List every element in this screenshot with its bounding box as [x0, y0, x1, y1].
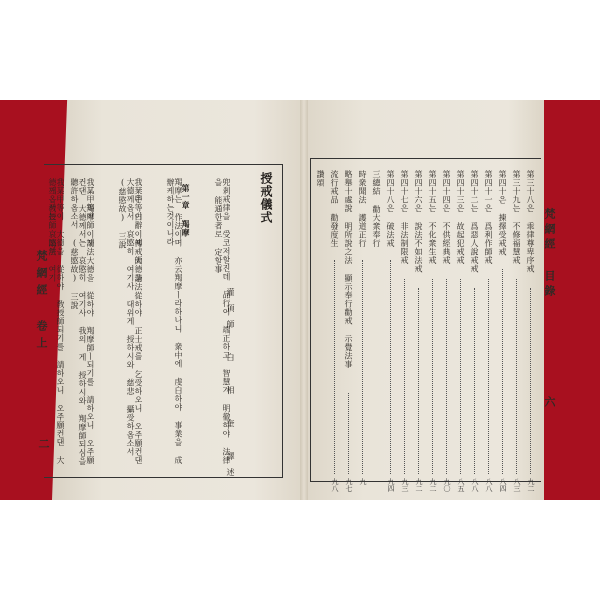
toc-page-number: 九三	[400, 478, 410, 492]
text-column: 我某甲等이 이제 大德을 從하야 正士戒를 乞受하오니 오주願컨댄 大德께옵서 …	[118, 178, 142, 468]
toc-entry-label: 第四十二는 爲惡人說戒戒	[470, 170, 478, 273]
toc-leader-dots	[488, 279, 489, 475]
toc-page-number: 八八	[470, 478, 480, 492]
toc-page-number: 九二	[526, 478, 536, 492]
book-gutter	[300, 100, 308, 500]
right-margin-title: 梵網經 目錄	[544, 208, 555, 300]
text-column: 兜剎戒律을 受코저할진데 品行이 端正하고 智慧가 明徹하야 法律을 能通한者로…	[214, 178, 230, 468]
toc-leader-dots	[446, 279, 447, 475]
toc-leader-dots	[516, 279, 517, 475]
toc-entry-label: 第四十三은 故起犯戒戒	[456, 170, 464, 265]
toc-leader-dots	[502, 269, 503, 474]
toc-entry-label: 第四十四은 不供經典戒	[442, 170, 450, 265]
toc-entry-label: 略舉十處說 明所說之法 顯示奉行勸戒 示覺法事	[344, 170, 352, 369]
left-page-number: 二	[38, 438, 49, 450]
section-title: 授戒儀式	[260, 172, 272, 224]
toc-page-number: 九八	[330, 478, 340, 492]
toc-leader-dots	[418, 288, 419, 474]
toc-leader-dots	[390, 260, 391, 475]
toc-entry-label: 第四十七은 非法制限戒	[400, 170, 408, 265]
toc-leader-dots	[460, 279, 461, 475]
toc-page-number: 八五	[456, 478, 466, 492]
right-page-number: 六	[544, 396, 555, 408]
toc-entry-label: 流行戒品 勸發度生	[330, 170, 338, 248]
book-photo-background: 授戒儀式 灌頂師 白 相 奎 譯述 兜剎戒律을 受코저할진데 品行이 端正하고 …	[0, 100, 600, 500]
toc-page-number: 九	[358, 478, 368, 485]
toc-page-number: 九二	[414, 478, 424, 492]
toc-leader-dots	[404, 279, 405, 475]
toc-leader-dots	[474, 288, 475, 474]
toc-entry-label: 第三十八은 乖律尊卑序戒	[526, 170, 534, 273]
text-column: 第一章 羯摩	[182, 184, 190, 474]
toc-entry-label: 第四十六은 說法不如法戒	[414, 170, 422, 273]
toc-leader-dots	[334, 260, 335, 475]
toc-entry-label: 第四十은 揀擇受戒戒	[498, 170, 506, 256]
toc-entry-label: 三總結 勸大衆奉行	[372, 170, 380, 248]
toc-entry-label: 讚頌	[316, 170, 324, 187]
toc-leader-dots	[362, 260, 363, 475]
toc-page-number: 八八	[484, 478, 494, 492]
toc-page-number: 九七	[344, 478, 354, 492]
toc-leader-dots	[530, 288, 531, 474]
toc-entry-label: 第四十八은 破法戒	[386, 170, 394, 248]
toc-entry-label: 第三十九는 不修福慧戒	[512, 170, 520, 265]
toc-entry-label: 第四十五는 不化衆生戒	[428, 170, 436, 265]
toc-page-number: 八四	[498, 478, 508, 492]
toc-leader-dots	[432, 279, 433, 475]
toc-page-number: 九四	[386, 478, 396, 492]
toc-page-number: 八三	[512, 478, 522, 492]
text-column: 羯摩는 作法이며 亦云羯摩ㅣ라하나니 衆中에 虔白하야 事業을 成辦케하는것이니…	[166, 178, 182, 468]
toc-entry-label: 第四十一은 爲利作師戒	[484, 170, 492, 265]
toc-page-number: 九二	[428, 478, 438, 492]
left-margin-title: 梵網經 卷上	[36, 250, 47, 354]
toc-entry-label: 時衆聞法 護道正行	[358, 170, 366, 248]
toc-page-number: 九〇	[442, 478, 452, 492]
toc-leader-dots	[348, 393, 349, 475]
text-column: 我某甲等이 이제 大德을 從하야 羯摩師ㅣ되기를 請하오니 오주願컨댄 大德께서…	[70, 178, 94, 468]
